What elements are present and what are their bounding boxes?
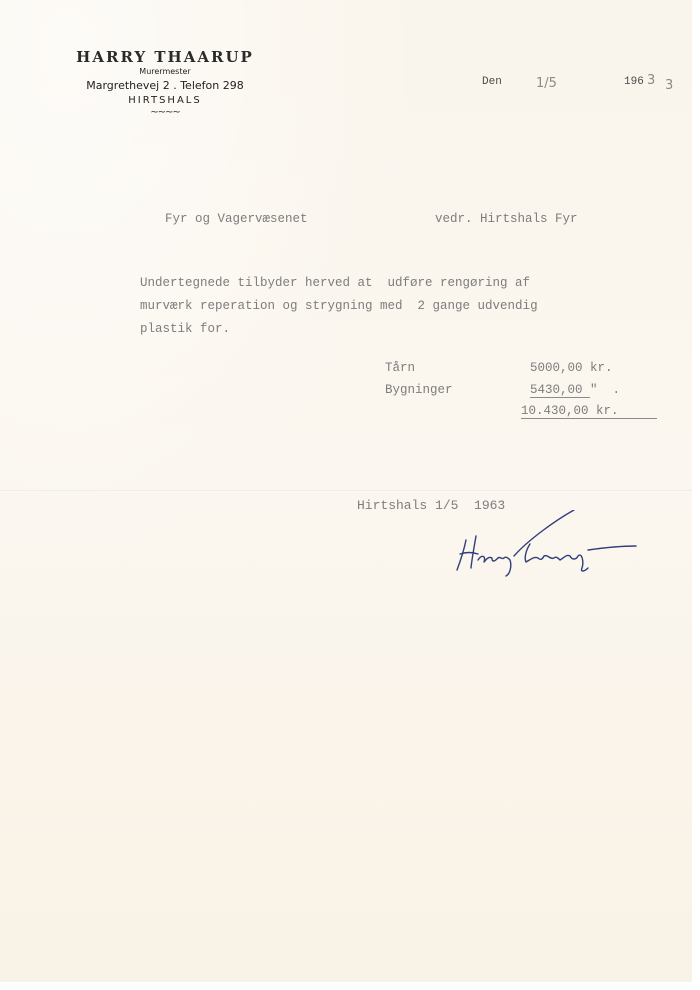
fold-line bbox=[0, 490, 692, 492]
subject-line: vedr. Hirtshals Fyr bbox=[435, 212, 578, 226]
recipient: Fyr og Vagervæsenet bbox=[165, 212, 308, 226]
date-year-typed: 196 bbox=[624, 76, 644, 88]
letterhead-title: Murermester bbox=[30, 67, 300, 76]
date-prefix: Den bbox=[482, 76, 502, 88]
price-item-1: Tårn bbox=[385, 361, 415, 375]
body-line-3: plastik for. bbox=[140, 322, 230, 336]
letterhead-ornament: ~~~~ bbox=[30, 107, 300, 118]
body-line-1: Undertegnede tilbyder herved at udføre r… bbox=[140, 276, 530, 290]
date-day-month: 1/5 bbox=[536, 76, 557, 91]
body-line-2: murværk reperation og strygning med 2 ga… bbox=[140, 299, 538, 313]
price-item-2: Bygninger bbox=[385, 383, 453, 397]
date-year-digit: 3 bbox=[647, 73, 655, 88]
letterhead-city: HIRTSHALS bbox=[30, 95, 300, 106]
date-year-digit-extra: 3 bbox=[665, 78, 673, 93]
letterhead-name: HARRY THAARUP bbox=[30, 48, 300, 66]
price-total: 10.430,00 kr. bbox=[521, 404, 657, 419]
price-amount-1: 5000,00 kr. bbox=[530, 361, 613, 375]
signature-icon bbox=[452, 510, 652, 580]
price-amount-2: 5430,00 " . bbox=[530, 383, 590, 398]
signature bbox=[452, 510, 652, 585]
letterhead-address: Margrethevej 2 . Telefon 298 bbox=[30, 79, 300, 92]
letterhead: HARRY THAARUP Murermester Margrethevej 2… bbox=[30, 44, 300, 118]
paper-sheet: HARRY THAARUP Murermester Margrethevej 2… bbox=[0, 0, 692, 982]
